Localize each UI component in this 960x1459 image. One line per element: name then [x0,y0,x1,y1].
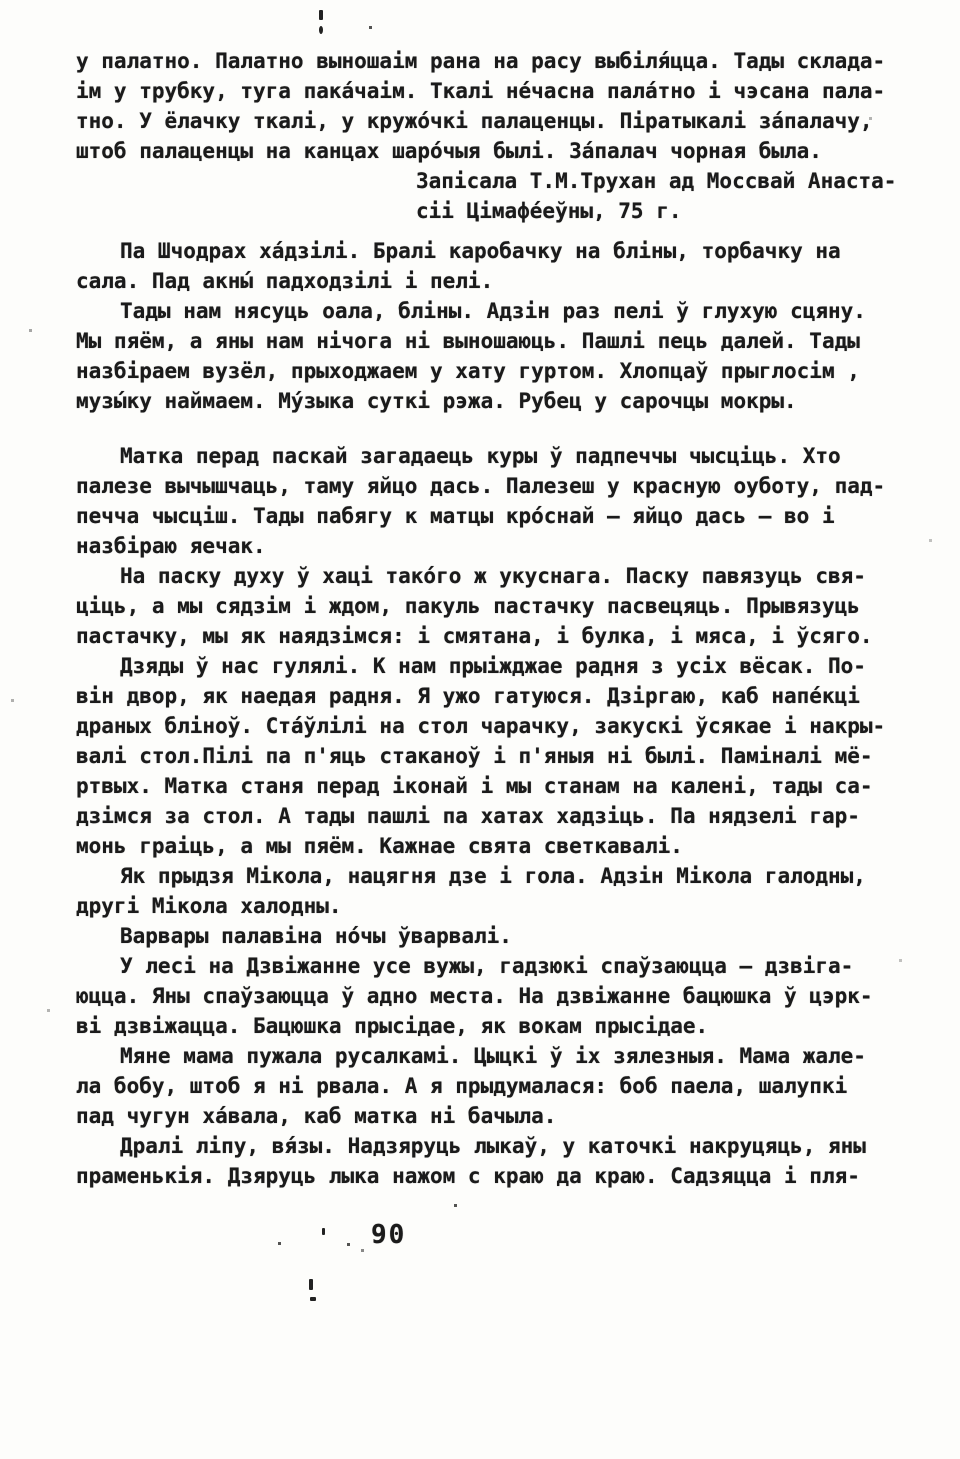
text-line: валі стол.Пілі па п'яць стаканоў і п'яны… [76,741,918,771]
text-line: печча чысціш. Тады пабягу к матцы кро́сн… [76,501,918,531]
attribution-line: Запісала Т.М.Трухан ад Моссвай Анаста- [76,166,918,196]
scanned-page: у палатно. Палатно выношаім рана на расу… [0,0,960,1459]
text-line: назбіраем вузёл, прыходжаем у хату гурто… [76,356,918,386]
text-line: він двор, як наедая радня. Я ужо гатуюся… [76,681,918,711]
text-line: пастачку, мы як наядзімся: і смятана, і … [76,621,918,651]
text-line: ла бобу, штоб я ні рвала. А я прыдумалас… [76,1071,918,1101]
text-line: сала. Пад акны́ падходзілі і пелі. [76,266,918,296]
text-line: ртвых. Матка станя перад іконай і мы ста… [76,771,918,801]
text-line: Тады нам нясуць оала, бліны. Адзін раз п… [76,296,918,326]
text-line: Дзяды ў нас гулялі. К нам прыіжджае радн… [76,651,918,681]
text-line: драных бліноў. Ста́ўлілі на стол чарачку… [76,711,918,741]
text-line: музы́ку наймаем. Му́зыка суткі рэжа. Руб… [76,386,918,416]
text-line: штоб палаценцы на канцах шаро́чыя былі. … [76,136,918,166]
text-line: ціць, а мы сядзім і ждом, пакуль пастачк… [76,591,918,621]
attribution-line: сіі Цімафе́еўны, 75 г. [76,196,918,226]
text-line: другі Мікола халодны. [76,891,918,921]
text-line: назбіраю яечак. [76,531,918,561]
stray-mark-top [319,26,323,34]
text-block: у палатно. Палатно выношаім рана на расу… [76,46,918,1191]
text-line: Як прыдзя Мікола, нацягня дзе і гола. Ад… [76,861,918,891]
text-line: Варвары палавіна но́чы ўварвалі. [76,921,918,951]
text-line: Па Шчодрах ха́дзілі. Бралі каробачку на … [76,236,918,266]
text-line: палезе вычышчаць, таму яйцо дась. Палезе… [76,471,918,501]
text-line: праменькія. Дзяруць лыка нажом с краю да… [76,1161,918,1191]
text-line: дзімся за стол. А тады пашлі па хатах ха… [76,801,918,831]
text-line: У лесі на Дзвіжанне усе вужы, гадзюкі сп… [76,951,918,981]
text-line: монь граіць, а мы пяём. Кажнае свята све… [76,831,918,861]
text-line: Мяне мама пужала русалкамі. Цыцкі ў іх з… [76,1041,918,1071]
scan-noise [0,0,1,1]
text-line: Дралі ліпу, вя́зы. Надзяруць лыкаў, у ка… [76,1131,918,1161]
text-line: ві дзвіжацца. Бацюшка прысідае, як вокам… [76,1011,918,1041]
text-line: ім у трубку, туга пака́чаім. Ткалі не́ча… [76,76,918,106]
text-line: пад чугун ха́вала, каб матка ні бачыла. [76,1101,918,1131]
stray-mark-top [319,10,323,20]
text-line: Мы пяём, а яны нам нічога ні выношаюць. … [76,326,918,356]
text-line: На паску духу ў хаці тако́го ж укуснага.… [76,561,918,591]
stray-mark-bottom [309,1279,313,1290]
stray-mark-bottom [310,1297,316,1301]
text-line: у палатно. Палатно выношаім рана на расу… [76,46,918,76]
text-line: юцца. Яны спаўзаюцца ў адно места. На дз… [76,981,918,1011]
stray-mark [322,1228,325,1235]
text-line: Матка перад паскай загадаець куры ў падп… [76,441,918,471]
text-line: тно. У ёлачку ткалі, у кружо́чкі палацен… [76,106,918,136]
page-number: 90 [371,1220,406,1250]
